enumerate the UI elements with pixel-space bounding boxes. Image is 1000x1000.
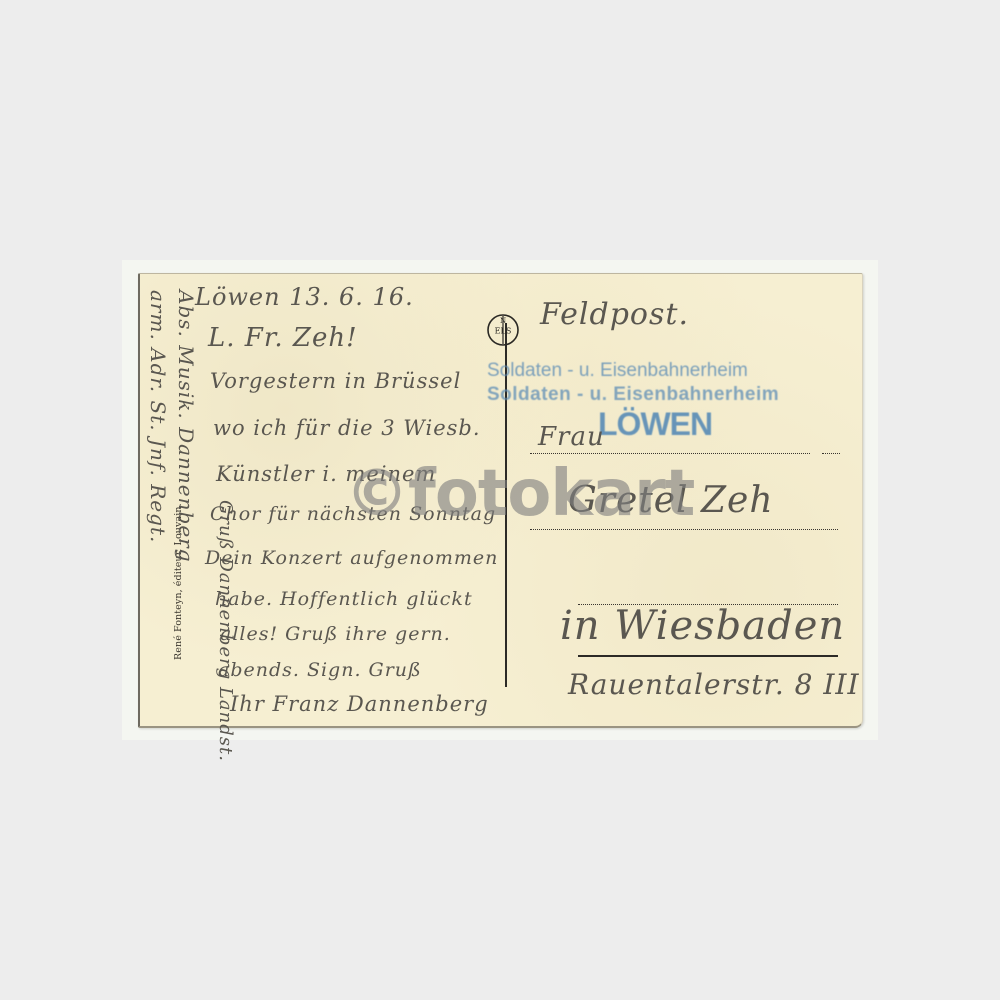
address-line-1 bbox=[530, 453, 810, 454]
message-line: alles! Gruß ihre gern. bbox=[220, 623, 451, 645]
margin-note: Gruß Dannenberg Landst. bbox=[215, 500, 236, 762]
svg-text:ELS: ELS bbox=[495, 327, 512, 336]
address-line-4 bbox=[578, 655, 838, 657]
stamp-city: LÖWEN bbox=[598, 406, 712, 443]
message-signature: Ihr Franz Dannenberg bbox=[230, 692, 489, 716]
stamp-line-2: Soldaten - u. Eisenbahnerheim bbox=[487, 384, 779, 406]
message-line: Dein Konzert aufgenommen bbox=[205, 547, 498, 569]
message-line: abends. Sign. Gruß bbox=[218, 659, 422, 681]
message-line: habe. Hoffentlich glückt bbox=[215, 588, 473, 610]
watermark: ©fotokart bbox=[345, 457, 694, 531]
svg-text:N: N bbox=[500, 317, 506, 325]
address-recipient-title: Frau bbox=[538, 422, 605, 452]
stamp-line-1: Soldaten - u. Eisenbahnerheim bbox=[487, 360, 748, 382]
message-line: wo ich für die 3 Wiesb. bbox=[213, 416, 481, 440]
message-line: L. Fr. Zeh! bbox=[208, 323, 358, 353]
service-note: Feldpost. bbox=[540, 297, 689, 332]
address-line-1-end bbox=[822, 453, 840, 454]
margin-note: arm. Adr. St. Jnf. Regt. bbox=[146, 290, 170, 543]
message-line: Vorgestern in Brüssel bbox=[210, 369, 461, 393]
margin-note: Abs. Musik. Dannenberg bbox=[174, 290, 198, 563]
publisher-logo-icon: ELS N bbox=[486, 313, 520, 347]
address-city: in Wiesbaden bbox=[560, 603, 845, 649]
message-line: Löwen 13. 6. 16. bbox=[195, 283, 414, 311]
address-street: Rauentalerstr. 8 III bbox=[568, 668, 860, 701]
